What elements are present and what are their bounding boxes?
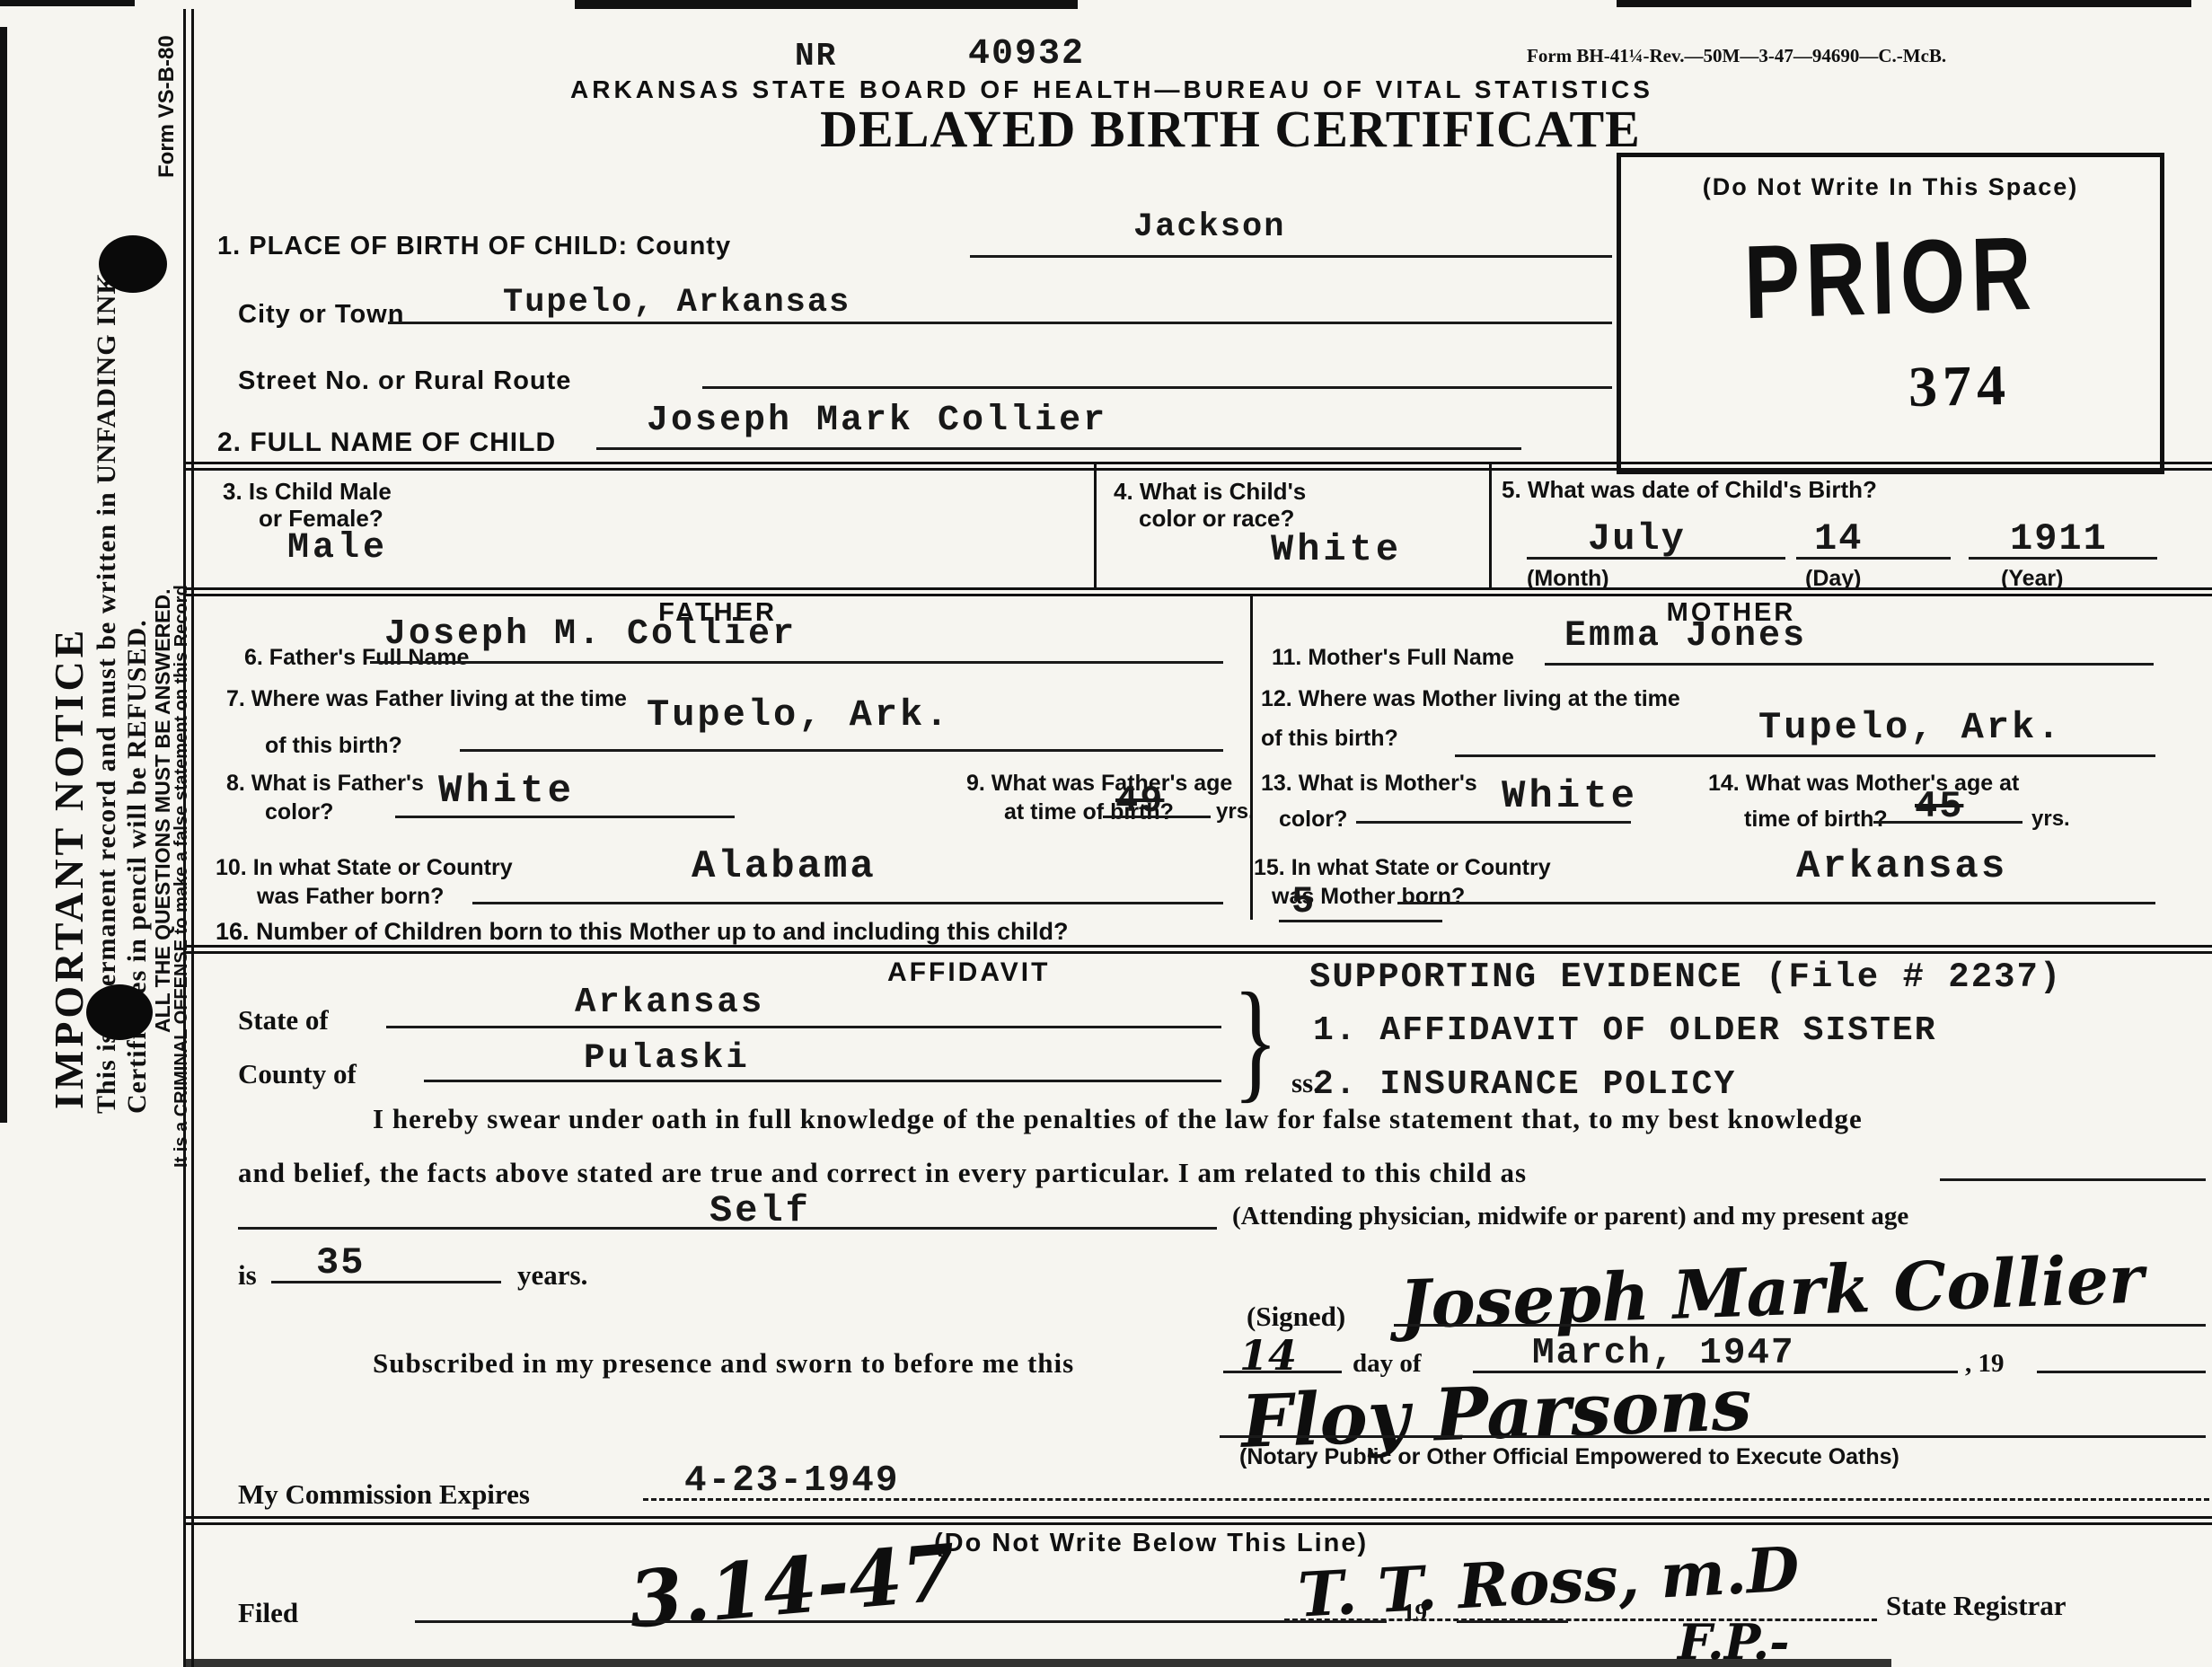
mother-name-value: Emma Jones [1564,616,1807,657]
affiant-age-line [271,1281,501,1283]
mother-age-label-l1: 14. What was Mother's age at [1708,771,2019,797]
mother-birthplace-value: Arkansas [1796,844,2007,889]
mother-residence-value: Tupelo, Ark. [1758,706,2062,749]
mother-residence-label-l1: 12. Where was Mother living at the time [1261,686,1680,712]
evidence-item-2: 2. INSURANCE POLICY [1313,1065,1736,1104]
state-registrar-label: State Registrar [1886,1590,2067,1622]
city-label: City or Town [238,300,404,330]
city-value: Tupelo, Arkansas [503,284,850,322]
mother-age-line [1873,821,2023,824]
ss-label: ss. [1291,1067,1320,1099]
county-line [970,255,1612,258]
comma-19-label: , 19 [1965,1349,2005,1379]
evidence-title: SUPPORTING EVIDENCE (File # 2237) [1309,957,2062,997]
years-label: years. [517,1259,587,1292]
children-count-value: 5 [1291,880,1316,923]
mother-name-label: 11. Mother's Full Name [1272,645,1514,671]
hole-punch [99,235,167,293]
mother-residence-line [1455,754,2155,757]
father-residence-value: Tupelo, Ark. [647,693,950,736]
mother-name-line [1545,663,2154,666]
ss-brace: } [1233,963,1278,1117]
commission-label: My Commission Expires [238,1478,530,1511]
mother-age-yrs: yrs. [2031,807,2070,832]
document-title: DELAYED BIRTH CERTIFICATE [503,99,1958,159]
child-name-value: Joseph Mark Collier [647,401,1107,441]
affiant-age-value: 35 [316,1241,365,1284]
sex-value: Male [287,528,388,569]
is-label: is [238,1259,257,1292]
mother-color-label-l1: 13. What is Mother's [1261,771,1477,797]
form-border [183,9,186,1667]
notary-label: (Notary Public or Other Official Empower… [1239,1444,1899,1470]
mother-age-label-l2: time of birth? [1744,807,1888,833]
sworn-day-line [1223,1371,1342,1373]
form-reference: Form BH-41¼-Rev.—50M—3-47—94690—C.-McB. [1527,45,1946,67]
father-name-value: Joseph M. Collier [384,614,797,655]
relation-line-end [1940,1178,2206,1181]
notary-signature-line [1220,1435,2206,1438]
scan-artifact [1617,0,2191,7]
day-line [1796,557,1951,560]
race-question-l1: 4. What is Child's [1114,478,1306,506]
commission-date-value: 4-23-1949 [684,1460,899,1502]
margin-important-notice: IMPORTANT NOTICE [45,627,93,1109]
father-color-value: White [438,769,575,814]
father-residence-line [460,749,1223,752]
state-line [386,1026,1221,1028]
state-of-label: State of [238,1004,329,1036]
father-color-line [395,816,735,818]
sex-question-l1: 3. Is Child Male [223,478,392,506]
birth-month-value: July [1588,517,1686,560]
filed-date-value: 3.14-47 [625,1527,959,1645]
certificate-number: 40932 [968,34,1085,75]
commission-line [643,1498,2209,1501]
scan-artifact [0,0,135,6]
month-line [1527,557,1785,560]
street-line [702,386,1612,389]
year-19-line [2037,1371,2206,1373]
filed-line [415,1620,1387,1623]
relation-value: Self [709,1189,811,1232]
section-rule [185,1516,2212,1525]
race-value: White [1271,528,1402,571]
affiant-signature: Joseph Mark Collier [1398,1241,2145,1345]
margin-pencil-refused-notice: Certificates in pencil will be REFUSED. [122,619,153,1114]
father-age-yrs: yrs. [1216,799,1255,825]
father-age-label-l1: 9. What was Father's age [966,771,1232,797]
state-value: Arkansas [575,983,764,1022]
birthdate-question: 5. What was date of Child's Birth? [1502,476,1877,504]
mother-color-value: White [1502,774,1638,819]
scanned-birth-certificate: IMPORTANT NOTICE This is a permanent rec… [0,0,2212,1667]
affidavit-header: AFFIDAVIT [887,957,1050,988]
birth-year-value: 1911 [2010,517,2108,560]
subscribed-label: Subscribed in my presence and sworn to b… [373,1347,1074,1380]
column-divider [1094,462,1097,589]
hole-punch [86,984,153,1040]
affidavit-county-line [424,1080,1221,1082]
father-color-label-l1: 8. What is Father's [226,771,424,797]
mother-residence-label-l2: of this birth? [1261,726,1398,752]
father-color-label-l2: color? [265,799,333,825]
section-rule [185,587,2212,596]
scan-artifact [0,27,7,1123]
oath-line-2: and belief, the facts above stated are t… [238,1157,1527,1189]
attending-label: (Attending physician, midwife or parent)… [1232,1202,1908,1231]
evidence-item-1: 1. AFFIDAVIT OF OLDER SISTER [1313,1011,1937,1050]
affidavit-county-value: Pulaski [584,1038,750,1078]
county-value: Jackson [1133,208,1285,246]
children-count-line [1279,920,1442,922]
signed-label: (Signed) [1247,1301,1345,1333]
father-residence-label-l2: of this birth? [265,733,402,759]
birth-day-value: 14 [1814,517,1863,560]
section-rule [185,462,2212,471]
county-of-label: County of [238,1058,357,1090]
year-line [1969,557,2157,560]
father-age-line [1103,816,1211,818]
affiant-signature-line [1394,1324,2206,1327]
column-divider [1489,462,1492,589]
mother-birthplace-label-l1: 15. In what State or Country [1254,855,1551,881]
mother-birthplace-line [1397,902,2155,904]
registrar-fp-initials: F.P.- [1678,1613,1790,1667]
father-birthplace-label-l1: 10. In what State or Country [216,855,513,881]
margin-form-number: Form VS-B-80 [154,35,180,178]
do-not-write-label: (Do Not Write In This Space) [1621,173,2160,201]
father-name-line [370,661,1223,664]
form-border [191,9,194,1667]
mother-color-label-l2: color? [1279,807,1347,833]
street-label: Street No. or Rural Route [238,366,571,396]
scan-artifact [185,1659,1891,1667]
prior-stamp: PRIOR [1674,210,2108,345]
do-not-write-box: (Do Not Write In This Space) PRIOR 374 [1617,153,2164,474]
father-birthplace-label-l2: was Father born? [257,884,444,910]
scan-artifact [575,0,1078,9]
father-birthplace-value: Alabama [692,844,877,889]
parent-divider [1250,595,1253,920]
father-residence-label-l1: 7. Where was Father living at the time [226,686,627,712]
city-line [388,322,1612,324]
children-count-label: 16. Number of Children born to this Moth… [216,918,1068,946]
oath-line-1: I hereby swear under oath in full knowle… [373,1103,1863,1135]
child-name-line [596,447,1521,450]
section-rule [185,945,2212,954]
place-of-birth-label: 1. PLACE OF BIRTH OF CHILD: County [217,232,731,261]
margin-criminal-offense-notice: It is a CRIMINAL OFFENSE to make a false… [172,585,192,1168]
full-name-label: 2. FULL NAME OF CHILD [217,428,556,458]
mother-color-line [1356,821,1631,824]
filed-label: Filed [238,1597,298,1629]
father-birthplace-line [472,902,1223,904]
relation-line [238,1227,1217,1230]
prior-stamp-number: 374 [1908,352,2011,420]
certificate-nr-label: NR [795,38,837,75]
do-not-write-below-label: (Do Not Write Below This Line) [934,1529,1368,1558]
